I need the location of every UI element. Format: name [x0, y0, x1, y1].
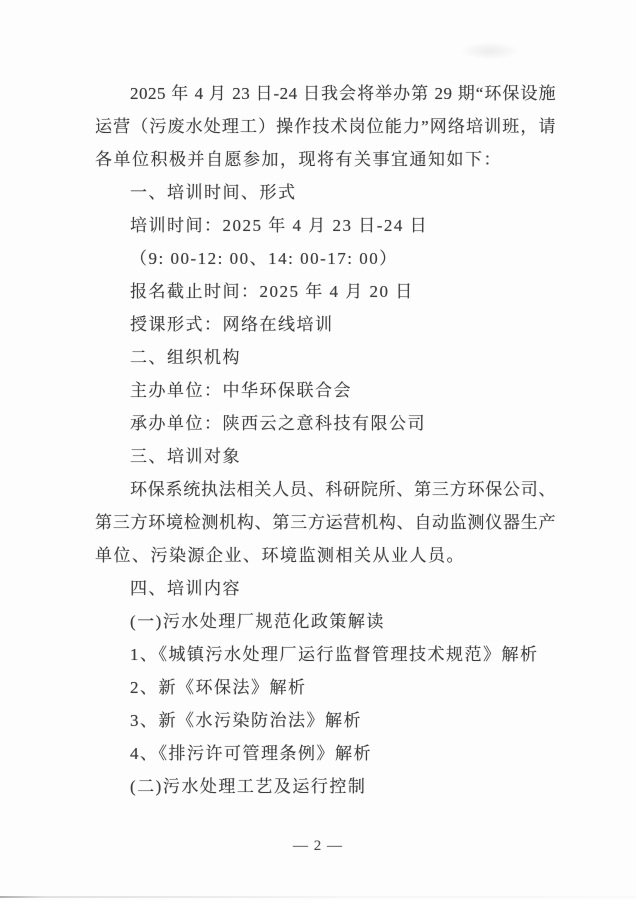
text-line: 运营（污废水处理工）操作技术岗位能力”网络培训班，请 — [95, 110, 556, 143]
text-line: 报名截止时间：2025 年 4 月 20 日 — [95, 275, 556, 308]
text-line: 单位、污染源企业、环境监测相关从业人员。 — [95, 539, 556, 572]
text-line: 二、组织机构 — [95, 341, 556, 374]
scan-bottom-edge — [0, 896, 636, 898]
page-number: — 2 — — [0, 836, 636, 856]
text-line: 承办单位：陕西云之意科技有限公司 — [95, 407, 556, 440]
text-line: 三、培训对象 — [95, 440, 556, 473]
text-line: 培训时间：2025 年 4 月 23 日-24 日 — [95, 209, 556, 242]
text-line: 环保系统执法相关人员、科研院所、第三方环保公司、 — [95, 473, 556, 506]
text-line: 主办单位：中华环保联合会 — [95, 374, 556, 407]
text-line: 四、培训内容 — [95, 572, 556, 605]
text-line: (一)污水处理厂规范化政策解读 — [95, 605, 556, 638]
text-line: 4、《排污许可管理条例》解析 — [95, 737, 556, 770]
text-line: 2025 年 4 月 23 日-24 日我会将举办第 29 期“环保设施 — [95, 77, 556, 110]
text-line: (二)污水处理工艺及运行控制 — [95, 770, 556, 803]
text-line: 3、新《水污染防治法》解析 — [95, 704, 556, 737]
document-page: 2025 年 4 月 23 日-24 日我会将举办第 29 期“环保设施运营（污… — [0, 0, 636, 900]
text-line: 2、新《环保法》解析 — [95, 671, 556, 704]
text-line: 一、培训时间、形式 — [95, 176, 556, 209]
text-line: 授课形式：网络在线培训 — [95, 308, 556, 341]
scan-smudge — [460, 42, 520, 60]
text-line: （9: 00-12: 00、14: 00-17: 00） — [95, 242, 556, 275]
text-line: 1、《城镇污水处理厂运行监督管理技术规范》解析 — [95, 638, 556, 671]
document-body: 2025 年 4 月 23 日-24 日我会将举办第 29 期“环保设施运营（污… — [95, 77, 556, 803]
text-line: 第三方环境检测机构、第三方运营机构、自动监测仪器生产 — [95, 506, 556, 539]
text-line: 各单位积极并自愿参加，现将有关事宜通知如下： — [95, 143, 556, 176]
